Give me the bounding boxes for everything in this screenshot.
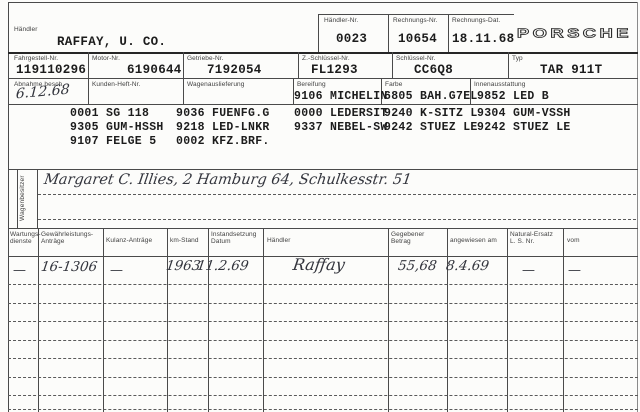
tires-label: Bereifung: [297, 81, 326, 88]
type-label: Typ: [512, 55, 523, 62]
col-header-instandsetzung: Instandsetzung Datum: [211, 231, 259, 245]
header-cell-rule: [448, 14, 449, 52]
option-code: 9337 NEBEL-SW: [294, 122, 388, 134]
col-header-haendler: Händler: [267, 237, 290, 244]
table-column-rule: [388, 228, 389, 412]
option-code: 9304 GUM-VSSH: [477, 108, 571, 120]
interior-label: Innenausstattung: [474, 81, 525, 88]
invoice-date-label: Rechnungs-Dat.: [452, 17, 500, 24]
serial-cell-rule: [298, 52, 299, 78]
table-column-rule: [263, 228, 264, 412]
owner-writing-line: [38, 219, 636, 220]
table-column-rule: [507, 228, 508, 412]
delivery-cell-rule: [88, 78, 89, 104]
engine-no-label: Motor-Nr.: [92, 55, 120, 62]
invoice-no-label: Rechnungs-Nr.: [393, 17, 438, 24]
key-no-value: CC6Q8: [414, 64, 453, 76]
dealer-label: Händler: [14, 26, 37, 33]
col-header-gewaehrleistung: Gewährleistungs-Anträge: [41, 231, 99, 245]
engine-no-value: 6190644: [127, 64, 182, 76]
table-row-line: [8, 358, 638, 359]
tires-value: 9106 MICHELIN: [294, 91, 388, 103]
table-row-line: [8, 340, 638, 341]
serial-cell-rule: [183, 52, 184, 78]
serial-cell-rule: [88, 52, 89, 78]
option-code: 9218 LED-LNKR: [176, 122, 270, 134]
table-row-line: [8, 321, 638, 322]
table-row-line: [8, 303, 638, 304]
table-column-rule: [103, 228, 104, 412]
ignition-key-no-value: FL1293: [311, 64, 358, 76]
porsche-logo: PORSCHE: [457, 27, 632, 41]
owner-side-label: Wagenbesitzer: [19, 171, 35, 226]
option-code: 0002 KFZ.BRF.: [176, 136, 270, 148]
entry-kulanz-handwritten: —: [109, 263, 124, 278]
dealer-row-bottom-rule: [8, 52, 638, 54]
type-value: TAR 911T: [540, 64, 602, 76]
delivery-cell-rule: [183, 78, 184, 104]
owner-top-rule: [8, 169, 638, 170]
serial-cell-rule: [508, 52, 509, 78]
table-column-rule: [38, 228, 39, 412]
color-value: 6805 BAH.G7EL: [384, 91, 478, 103]
interior-value: 9852 LED B: [477, 91, 549, 103]
gearbox-no-value: 7192054: [207, 64, 262, 76]
table-column-rule: [208, 228, 209, 412]
invoice-no-value: 10654: [398, 33, 437, 45]
acceptance-date-handwritten: 6.12.68: [15, 82, 70, 103]
entry-angewiesen-handwritten: 8.4.69: [445, 258, 490, 274]
option-code: 9242 STUEZ LE: [384, 122, 478, 134]
col-header-vom: vom: [567, 237, 580, 244]
header-cell-rule: [318, 14, 319, 52]
col-header-angewiesen: angewiesen am: [450, 237, 497, 244]
col-header-kulanz: Kulanz-Anträge: [106, 237, 164, 244]
dealer-no-label: Händler-Nr.: [324, 17, 358, 24]
header-cells-top-rule: [318, 14, 514, 15]
kardex-card: Händler RAFFAY, U. CO. Händler-Nr. 0023 …: [0, 0, 640, 412]
table-row-line: [8, 409, 638, 410]
header-cell-rule: [388, 14, 389, 52]
table-column-rule: [447, 228, 448, 412]
dealer-no-value: 0023: [336, 33, 367, 45]
delivery-row-bottom-rule: [8, 104, 638, 105]
key-no-label: Schlüssel-Nr.: [396, 55, 436, 62]
owner-name-handwritten: Margaret C. Illies, 2 Hamburg 64, Schulk…: [43, 172, 413, 188]
col-header-natural-ersatz: Natural-Ersatz L. S. Nr.: [510, 231, 560, 245]
col-header-km-stand: km-Stand: [170, 237, 199, 244]
owner-writing-line: [38, 194, 636, 195]
table-column-rule: [167, 228, 168, 412]
option-code: 9036 FUENFG.G: [176, 108, 270, 120]
card-right-rule: [637, 2, 638, 412]
card-top-rule: [8, 2, 638, 3]
table-column-rule: [563, 228, 564, 412]
color-label: Farbe: [385, 81, 402, 88]
entry-haendler-handwritten: Raffay: [292, 255, 347, 274]
customer-book-label: Kunden-Heft-Nr.: [92, 81, 140, 88]
ignition-key-no-label: Z.-Schlüssel-Nr.: [302, 55, 350, 62]
table-row-line: [8, 377, 638, 378]
owner-strip-rule: [17, 169, 18, 228]
option-code: 9242 STUEZ LE: [477, 122, 571, 134]
entry-betrag-handwritten: 55,68: [397, 258, 438, 274]
option-code: 0001 SG 118: [70, 108, 149, 120]
entry-vom-handwritten: —: [567, 263, 582, 278]
serial-row-bottom-rule: [8, 78, 638, 79]
option-code: 0000 LEDERSIT: [294, 108, 388, 120]
entry-gewaehr-handwritten: 16-1306: [40, 259, 98, 275]
chassis-no-label: Fahrgestell-Nr.: [14, 55, 58, 62]
handover-label: Wagenauslieferung: [187, 81, 244, 88]
option-code: 9305 GUM-HSSH: [70, 122, 164, 134]
entry-datum-handwritten: 11.2.69: [196, 258, 250, 274]
col-header-betrag: Gegebener Betrag: [391, 231, 441, 245]
dealer-value: RAFFAY, U. CO.: [57, 36, 166, 48]
entry-wartung-handwritten: —: [12, 263, 27, 278]
chassis-no-value: 119110296: [16, 64, 86, 76]
table-row-line: [8, 395, 638, 396]
card-left-rule: [8, 2, 9, 412]
entry-natural-handwritten: —: [521, 263, 536, 278]
table-row-line: [8, 284, 638, 285]
gearbox-no-label: Getriebe-Nr.: [187, 55, 224, 62]
option-code: 9107 FELGE 5: [70, 136, 156, 148]
col-header-wartungsdienste: Wartungs-dienste: [10, 231, 37, 245]
option-code: 9240 K-SITZ L: [384, 108, 478, 120]
serial-cell-rule: [392, 52, 393, 78]
